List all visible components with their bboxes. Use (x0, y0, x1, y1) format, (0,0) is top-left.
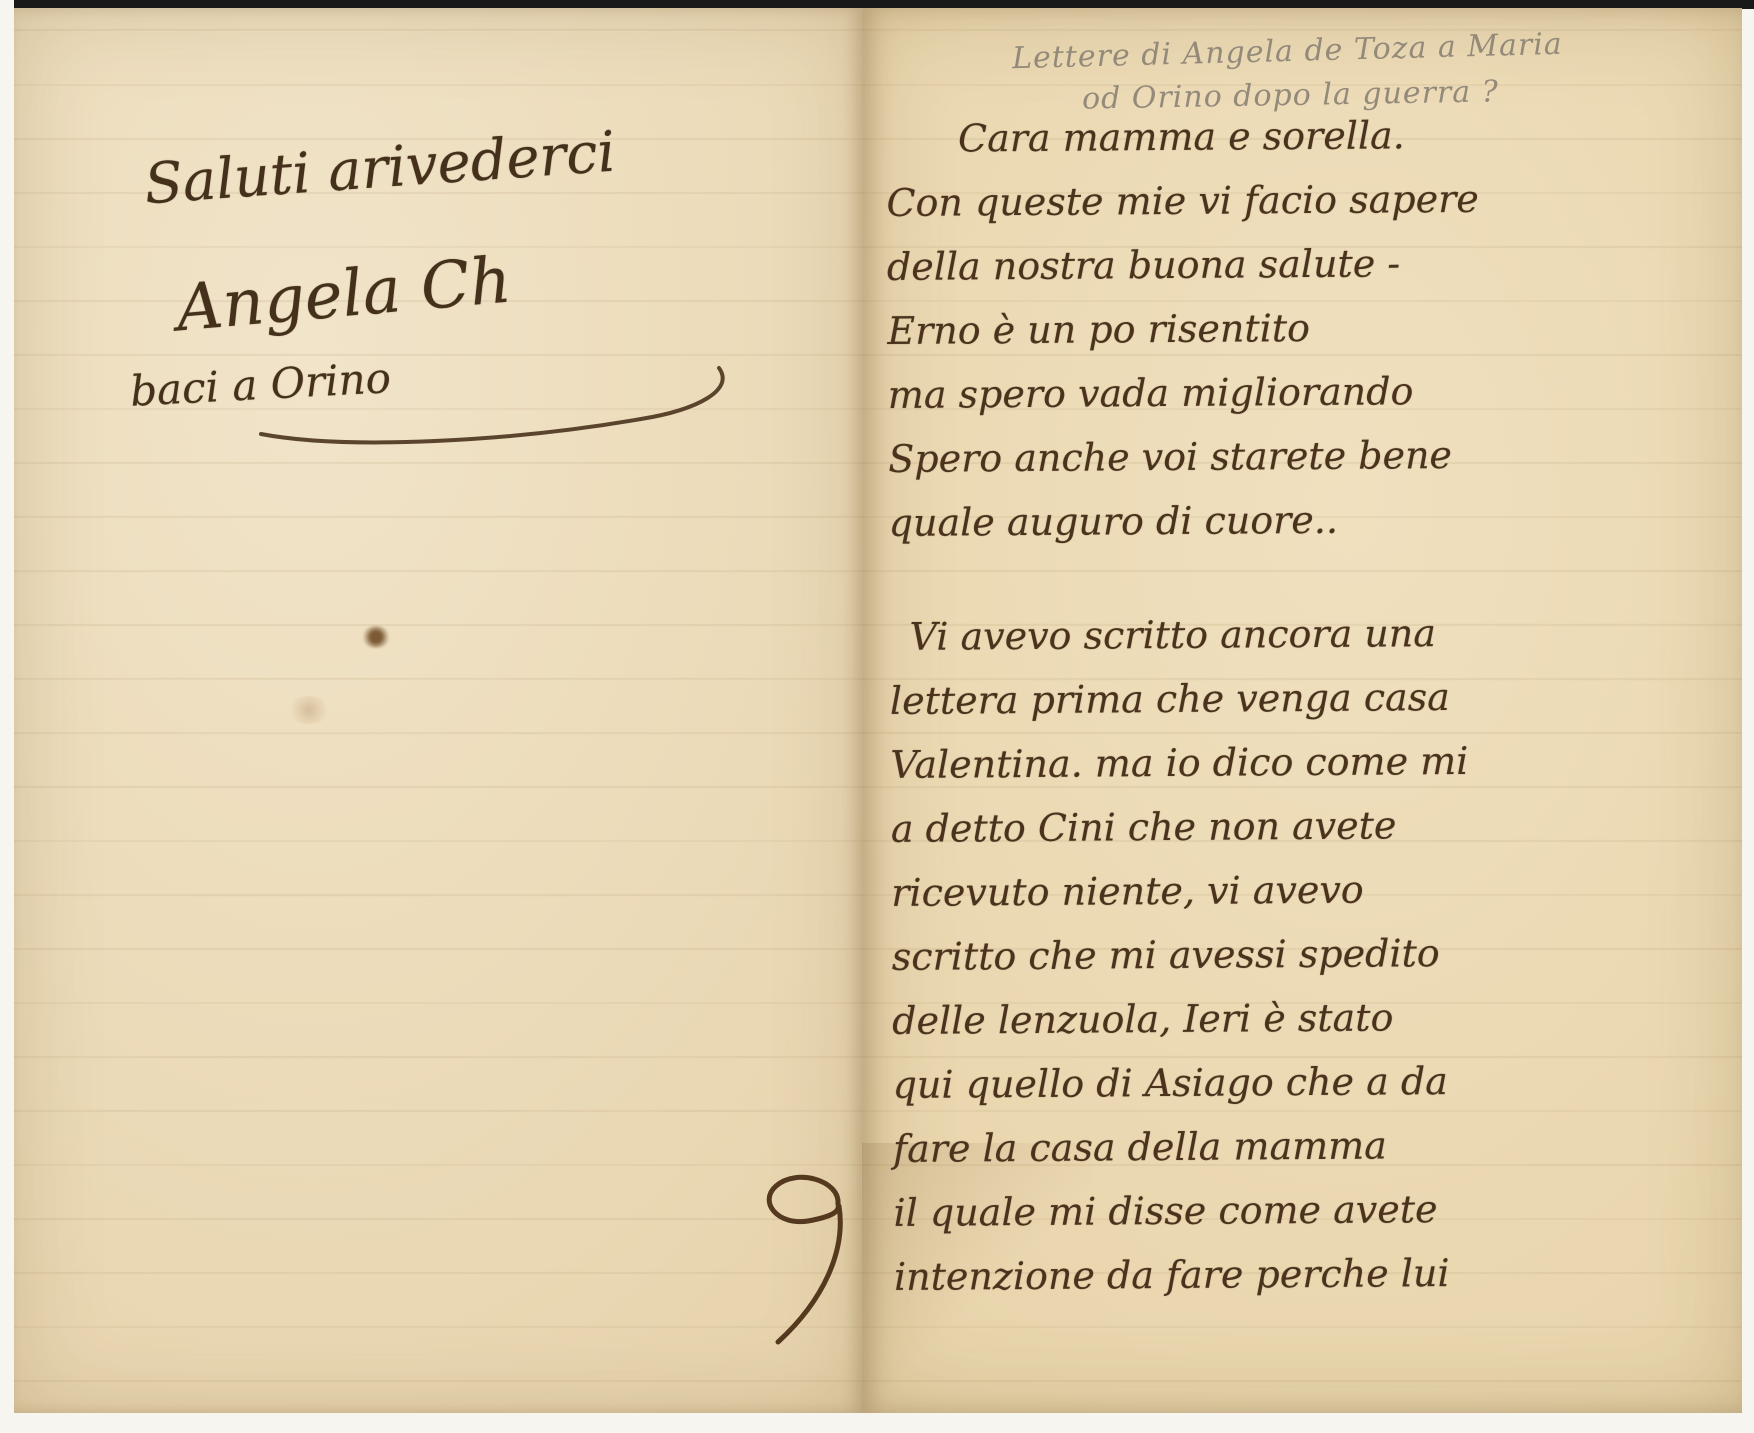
letter-line: Valentina. ma io dico come mi (890, 727, 1730, 797)
letter-line: Spero anche voi starete bene (888, 421, 1728, 491)
letter-line: lettera prima che venga casa (890, 663, 1730, 733)
paper-stain (286, 696, 332, 724)
letter-line: a detto Cini che non avete (891, 791, 1731, 861)
letter-line: Vi avevo scritto ancora una (889, 599, 1729, 669)
letter-line: qui quello di Asiago che a da (892, 1047, 1732, 1117)
letter-line: delle lenzuola, Ieri è stato (892, 983, 1732, 1053)
pencil-annotation-line1: Lettere di Angela de Toza a Maria (1012, 27, 1564, 76)
letter-line: il quale mi disse come avete (893, 1175, 1733, 1245)
right-page: Lettere di Angela de Toza a Maria od Ori… (862, 8, 1742, 1413)
letter-line: ma spero vada migliorando (888, 357, 1728, 427)
ink-stain (362, 626, 390, 648)
letter-sheet-spread: Saluti arivederci Angela Ch baci a Orino… (14, 8, 1742, 1413)
letter-line: intenzione da fare perche lui (894, 1239, 1734, 1309)
signature-name: Angela Ch (173, 244, 514, 347)
signature-flourish-stroke (249, 346, 729, 476)
letter-line: fare la casa della mamma (893, 1111, 1733, 1181)
letter-line: della nostra buona salute - (887, 229, 1727, 299)
left-page: Saluti arivederci Angela Ch baci a Orino (14, 8, 862, 1413)
letter-line: Con queste mie vi facio sapere (886, 165, 1726, 235)
ruled-lines-left (14, 8, 862, 1413)
letter-body: Cara mamma e sorella. Con queste mie vi … (886, 101, 1734, 1309)
letter-line: ricevuto niente, vi avevo (891, 855, 1731, 925)
stray-ink-mark (744, 1164, 864, 1349)
salutation-line: Cara mamma e sorella. (886, 101, 1726, 171)
letter-line: quale auguro di cuore.. (888, 485, 1728, 555)
closing-salutation: Saluti arivederci (142, 120, 617, 218)
letter-line: Erno è un po risentito (887, 293, 1727, 363)
letter-line: scritto che mi avessi spedito (892, 919, 1732, 989)
